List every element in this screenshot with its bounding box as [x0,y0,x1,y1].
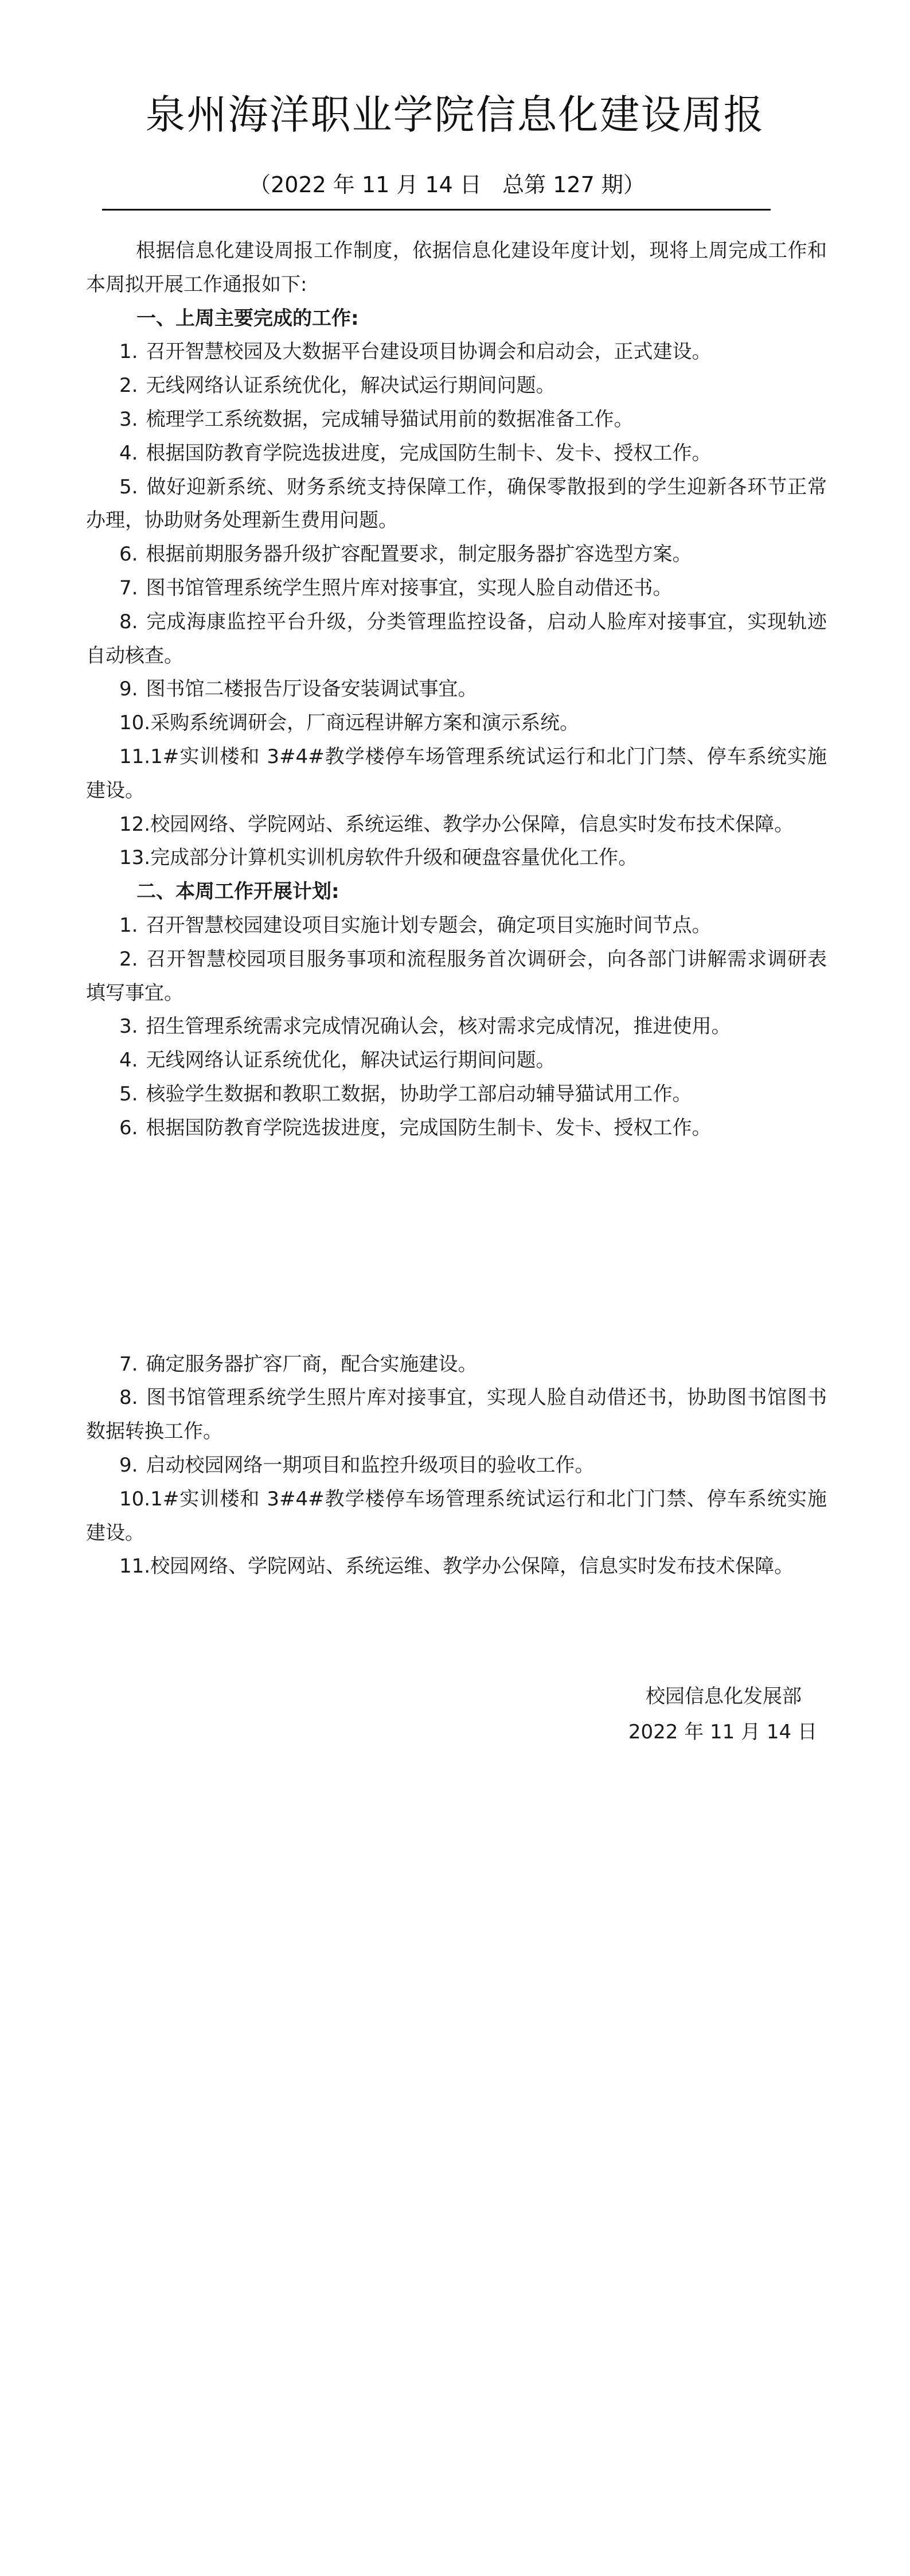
list-item: 4.根据国防教育学院选拔进度，完成国防生制卡、发卡、授权工作。 [86,437,827,470]
list-item: 8.完成海康监控平台升级，分类管理监控设备，启动人脸库对接事宜，实现轨迹自动核查… [86,605,827,673]
item-text: 1#实训楼和 3#4#教学楼停车场管理系统试运行和北门门禁、停车系统实施建设。 [86,1488,827,1544]
item-number: 10. [119,711,150,734]
item-text: 图书馆二楼报告厅设备安装调试事宜。 [146,678,477,701]
item-number: 5. [119,1083,138,1106]
list-item: 6.根据前期服务器升级扩容配置要求，制定服务器扩容选型方案。 [86,538,827,571]
item-number: 9. [119,678,138,701]
item-text: 根据国防教育学院选拔进度，完成国防生制卡、发卡、授权工作。 [146,442,711,465]
item-text: 完成部分计算机实训机房软件升级和硬盘容量优化工作。 [150,846,638,869]
item-number: 6. [119,1116,138,1139]
list-item: 9.图书馆二楼报告厅设备安装调试事宜。 [86,672,827,706]
document-subtitle: （2022 年 11 月 14 日 总第 127 期） [0,168,910,202]
item-number: 7. [119,1353,138,1376]
item-number: 2. [119,374,138,397]
list-item: 3.梳理学工系统数据，完成辅导猫试用前的数据准备工作。 [86,403,827,437]
list-item: 8.图书馆管理系统学生照片库对接事宜，实现人脸自动借还书，协助图书馆图书数据转换… [86,1381,827,1449]
item-text: 采购系统调研会，厂商远程讲解方案和演示系统。 [150,711,579,734]
document-title: 泉州海洋职业学院信息化建设周报 [0,86,910,143]
item-number: 8. [119,610,138,633]
list-item: 11.1#实训楼和 3#4#教学楼停车场管理系统试运行和北门门禁、停车系统实施建… [86,740,827,808]
list-item: 1.召开智慧校园及大数据平台建设项目协调会和启动会，正式建设。 [86,335,827,369]
header-divider [102,209,771,211]
item-text: 招生管理系统需求完成情况确认会，核对需求完成情况，推进使用。 [146,1015,731,1038]
item-number: 2. [119,948,138,971]
intro-paragraph: 根据信息化建设周报工作制度，依据信息化建设年度计划，现将上周完成工作和本周拟开展… [86,234,827,302]
item-number: 4. [119,442,138,465]
item-text: 无线网络认证系统优化，解决试运行期间问题。 [146,1049,555,1072]
item-number: 13. [119,846,150,869]
item-number: 11. [119,1555,150,1578]
item-number: 3. [119,1015,138,1038]
item-number: 9. [119,1454,138,1477]
list-item: 7.确定服务器扩容厂商，配合实施建设。 [86,1348,827,1382]
section-heading-this-week: 二、本周工作开展计划: [86,875,827,909]
item-number: 12. [119,813,150,836]
item-number: 10. [119,1488,150,1511]
list-item: 4.无线网络认证系统优化，解决试运行期间问题。 [86,1044,827,1077]
list-item: 9.启动校园网络一期项目和监控升级项目的验收工作。 [86,1449,827,1482]
list-item: 2.无线网络认证系统优化，解决试运行期间问题。 [86,369,827,403]
document-body: 根据信息化建设周报工作制度，依据信息化建设年度计划，现将上周完成工作和本周拟开展… [86,234,827,1583]
page-break-gap [86,1145,827,1348]
list-item: 6.根据国防教育学院选拔进度，完成国防生制卡、发卡、授权工作。 [86,1111,827,1145]
item-text: 确定服务器扩容厂商，配合实施建设。 [146,1353,477,1376]
item-text: 完成海康监控平台升级，分类管理监控设备，启动人脸库对接事宜，实现轨迹自动核查。 [86,610,827,667]
item-number: 8. [119,1386,138,1409]
list-item: 10.采购系统调研会，厂商远程讲解方案和演示系统。 [86,706,827,740]
item-number: 6. [119,543,138,566]
list-item: 1.召开智慧校园建设项目实施计划专题会，确定项目实施时间节点。 [86,909,827,943]
item-text: 召开智慧校园建设项目实施计划专题会，确定项目实施时间节点。 [146,914,711,937]
list-item: 7.图书馆管理系统学生照片库对接事宜，实现人脸自动借还书。 [86,571,827,605]
item-text: 校园网络、学院网站、系统运维、教学办公保障，信息实时发布技术保障。 [150,813,794,836]
signature-date: 2022 年 11 月 14 日 [0,1715,817,1749]
signature-department: 校园信息化发展部 [0,1680,817,1714]
section-heading-last-week: 一、上周主要完成的工作: [86,302,827,336]
item-number: 1. [119,914,138,937]
item-text: 根据前期服务器升级扩容配置要求，制定服务器扩容选型方案。 [146,543,692,566]
list-item: 5.做好迎新系统、财务系统支持保障工作，确保零散报到的学生迎新各环节正常办理，协… [86,470,827,538]
item-number: 7. [119,577,138,600]
item-number: 1. [119,340,138,363]
item-text: 图书馆管理系统学生照片库对接事宜，实现人脸自动借还书。 [146,577,672,600]
item-text: 无线网络认证系统优化，解决试运行期间问题。 [146,374,555,397]
item-number: 5. [119,476,138,499]
item-text: 做好迎新系统、财务系统支持保障工作，确保零散报到的学生迎新各环节正常办理，协助财… [86,476,827,532]
list-item: 2.召开智慧校园项目服务事项和流程服务首次调研会，向各部门讲解需求调研表填写事宜… [86,943,827,1010]
item-text: 核验学生数据和教职工数据，协助学工部启动辅导猫试用工作。 [146,1083,692,1106]
list-item: 11.校园网络、学院网站、系统运维、教学办公保障，信息实时发布技术保障。 [86,1550,827,1583]
item-number: 3. [119,408,138,431]
item-text: 1#实训楼和 3#4#教学楼停车场管理系统试运行和北门门禁、停车系统实施建设。 [86,745,827,802]
item-text: 图书馆管理系统学生照片库对接事宜，实现人脸自动借还书，协助图书馆图书数据转换工作… [86,1386,827,1443]
item-text: 启动校园网络一期项目和监控升级项目的验收工作。 [146,1454,594,1477]
item-number: 4. [119,1049,138,1072]
list-item: 5.核验学生数据和教职工数据，协助学工部启动辅导猫试用工作。 [86,1077,827,1111]
item-text: 召开智慧校园项目服务事项和流程服务首次调研会，向各部门讲解需求调研表填写事宜。 [86,948,827,1005]
document-page: 泉州海洋职业学院信息化建设周报 （2022 年 11 月 14 日 总第 127… [0,0,910,2576]
list-item: 3.招生管理系统需求完成情况确认会，核对需求完成情况，推进使用。 [86,1010,827,1044]
item-number: 11. [119,745,150,768]
item-text: 根据国防教育学院选拔进度，完成国防生制卡、发卡、授权工作。 [146,1116,711,1139]
list-item: 10.1#实训楼和 3#4#教学楼停车场管理系统试运行和北门门禁、停车系统实施建… [86,1482,827,1550]
item-text: 校园网络、学院网站、系统运维、教学办公保障，信息实时发布技术保障。 [150,1555,794,1578]
item-text: 召开智慧校园及大数据平台建设项目协调会和启动会，正式建设。 [146,340,711,363]
list-item: 12.校园网络、学院网站、系统运维、教学办公保障，信息实时发布技术保障。 [86,808,827,842]
list-item: 13.完成部分计算机实训机房软件升级和硬盘容量优化工作。 [86,841,827,875]
item-text: 梳理学工系统数据，完成辅导猫试用前的数据准备工作。 [146,408,633,431]
